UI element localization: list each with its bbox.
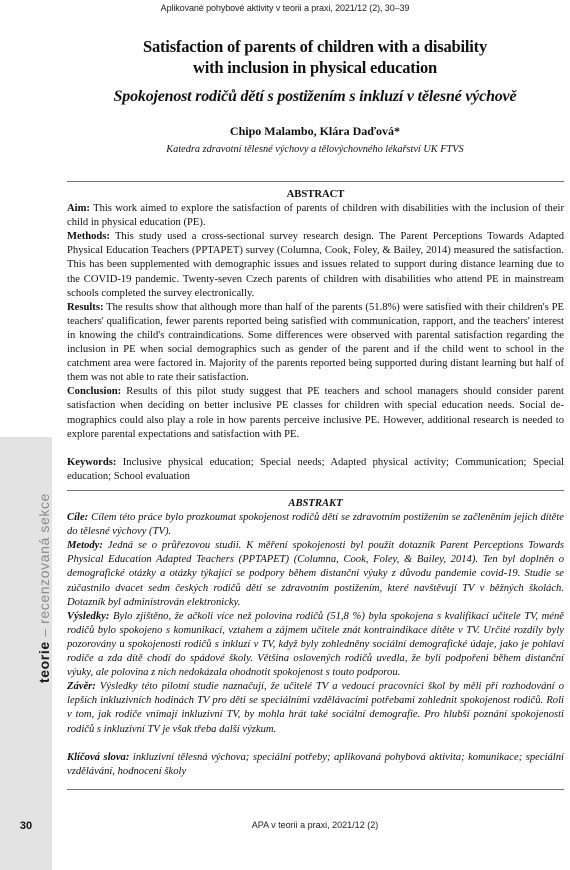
keywords-text: Inclusive physical education; Special ne… xyxy=(67,457,564,482)
abstract-english: ABSTRACT Aim: This work aimed to explore… xyxy=(67,188,564,484)
abstrakt-keywords: Klíčová slova: inkluzivní tělesná výchov… xyxy=(67,751,564,779)
methods-text: This study used a cross-sectional survey… xyxy=(67,231,564,298)
results-text: The results show that although more than… xyxy=(67,302,564,383)
divider-top xyxy=(67,181,564,182)
aim-label: Aim: xyxy=(67,203,90,214)
divider-bottom xyxy=(67,789,564,790)
abstrakt-heading: ABSTRAKT xyxy=(67,497,564,511)
abstract-results: Results: The results show that although … xyxy=(67,301,564,386)
keywords-label: Keywords: xyxy=(67,457,116,468)
abstrakt-methods: Metody: Jedná se o průřezovou studii. K … xyxy=(67,539,564,609)
abstrakt-results: Výsledky: Bylo zjištěno, že ačkoli více … xyxy=(67,610,564,680)
zaver-text: Výsledky této pilotní studie naznačují, … xyxy=(67,681,564,734)
section-label-strong: teorie xyxy=(36,641,52,683)
klicova-slova-label: Klíčová slova: xyxy=(67,752,129,763)
article-subtitle-czech: Spokojenost rodičů dětí s postižením s i… xyxy=(60,87,570,107)
zaver-label: Závěr: xyxy=(67,681,96,692)
vysledky-text: Bylo zjištěno, že ačkoli více než polovi… xyxy=(67,611,564,678)
abstract-aim: Aim: This work aimed to explore the sati… xyxy=(67,202,564,230)
abstract-keywords: Keywords: Inclusive physical education; … xyxy=(67,456,564,484)
conclusion-text: Results of this pilot study suggest that… xyxy=(67,386,564,439)
title-line-2: with inclusion in physical education xyxy=(60,57,570,78)
footer: APA v teorii a praxi, 2021/12 (2) xyxy=(60,820,570,830)
methods-label: Methods: xyxy=(67,231,110,242)
section-label-vertical: teorie – recenzovaná sekce xyxy=(36,493,52,683)
abstrakt-aim: Cíle: Cílem této práce bylo prozkoumat s… xyxy=(67,511,564,539)
authors: Chipo Malambo, Klára Daďová* xyxy=(60,124,570,139)
klicova-slova-text: inkluzivní tělesná výchova; speciální po… xyxy=(67,752,564,777)
running-head: Aplikované pohybové aktivity v teorii a … xyxy=(0,3,570,13)
page-number: 30 xyxy=(0,820,52,832)
affiliation: Katedra zdravotní tělesné výchovy a tělo… xyxy=(60,143,570,157)
metody-label: Metody: xyxy=(67,540,103,551)
abstract-czech: ABSTRAKT Cíle: Cílem této práce bylo pro… xyxy=(67,497,564,779)
abstract-conclusion: Conclusion: Results of this pilot study … xyxy=(67,385,564,441)
cile-text: Cílem této práce bylo prozkoumat spokoje… xyxy=(67,512,564,537)
cile-label: Cíle: xyxy=(67,512,88,523)
vysledky-label: Výsledky: xyxy=(67,611,109,622)
metody-text: Jedná se o průřezovou studii. K měření s… xyxy=(67,540,564,607)
article-title: Satisfaction of parents of children with… xyxy=(60,36,570,78)
abstract-methods: Methods: This study used a cross-section… xyxy=(67,230,564,300)
abstrakt-conclusion: Závěr: Výsledky této pilotní studie nazn… xyxy=(67,680,564,736)
abstract-heading: ABSTRACT xyxy=(67,188,564,202)
divider-middle xyxy=(67,490,564,491)
title-line-1: Satisfaction of parents of children with… xyxy=(60,36,570,57)
conclusion-label: Conclusion: xyxy=(67,386,121,397)
aim-text: This work aimed to explore the satisfact… xyxy=(67,203,564,228)
section-label-light: – recenzovaná sekce xyxy=(36,493,52,641)
results-label: Results: xyxy=(67,302,104,313)
